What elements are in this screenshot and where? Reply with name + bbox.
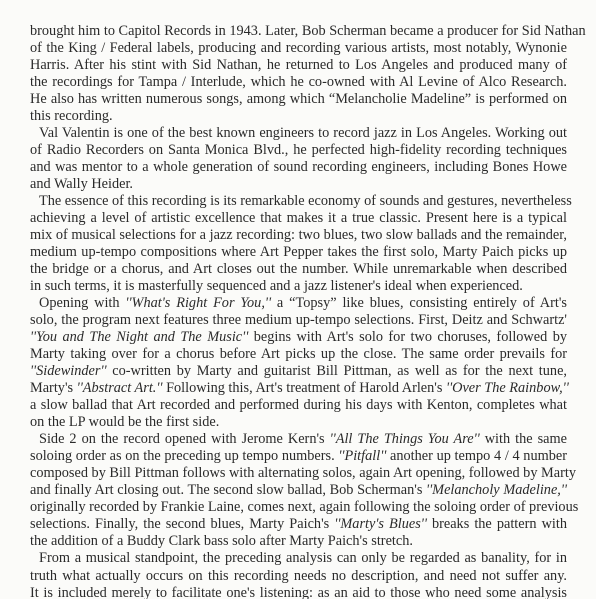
- text-run: selections. Finally, the second blues, M…: [30, 516, 334, 532]
- paragraph: Val Valentin is one of the best known en…: [30, 125, 567, 193]
- song-title: ''All The Things You Are'': [330, 431, 480, 447]
- text-run: Marty's: [30, 380, 77, 396]
- text-line: mix of musical selections for a jazz rec…: [30, 227, 567, 244]
- text-line: and was mentor to a whole generation of …: [30, 159, 567, 176]
- text-run: and finally Art closing out. The second …: [30, 482, 426, 498]
- song-title: ''Sidewinder'': [30, 363, 107, 379]
- song-title: ''Pitfall'': [338, 448, 386, 464]
- text-run: Opening with: [39, 295, 125, 311]
- text-run: co-written by Marty and guitarist Bill P…: [107, 363, 567, 379]
- text-run: composed by Bill Pittman follows with al…: [30, 465, 576, 481]
- text-line: truth what actually occurs on this recor…: [30, 568, 567, 585]
- text-line: of Radio Recorders on Santa Monica Blvd.…: [30, 142, 567, 159]
- text-line: achieving a level of artistic excellence…: [30, 210, 567, 227]
- text-run: the addition of a Buddy Clark bass solo …: [30, 533, 413, 549]
- text-line: the bridge or a chorus, and Art closes o…: [30, 261, 567, 278]
- song-title: ''What's Right For You,'': [125, 295, 271, 311]
- text-run: Following this, Art's treatment of Harol…: [163, 380, 447, 396]
- text-line: From a musical standpoint, the preceding…: [30, 550, 567, 567]
- text-line: in such terms, it is masterfully sequenc…: [30, 278, 567, 295]
- text-line: and finally Art closing out. The second …: [30, 482, 567, 499]
- text-run: a slow ballad that Art recorded and perf…: [30, 397, 567, 413]
- text-line: of the King / Federal labels, producing …: [30, 40, 567, 57]
- text-line: the addition of a Buddy Clark bass solo …: [30, 533, 567, 550]
- text-run: Marty taking over for a chorus before Ar…: [30, 346, 567, 362]
- text-run: originally recorded by Frankie Laine, co…: [30, 499, 578, 515]
- text-line: The essence of this recording is its rem…: [30, 193, 567, 210]
- text-run: a “Topsy” like blues, consisting entirel…: [271, 295, 567, 311]
- text-line: ''You and The Night and The Music'' begi…: [30, 329, 567, 346]
- text-line: a slow ballad that Art recorded and perf…: [30, 397, 567, 414]
- text-line: composed by Bill Pittman follows with al…: [30, 465, 567, 482]
- text-line: soloing order as on the preceding up tem…: [30, 448, 567, 465]
- text-line: the recordings for Tampa / Interlude, wh…: [30, 74, 567, 91]
- text-line: ''Sidewinder'' co-written by Marty and g…: [30, 363, 567, 380]
- text-line: Marty's ''Abstract Art.'' Following this…: [30, 380, 567, 397]
- song-title: ''Over The Rainbow,'': [446, 380, 569, 396]
- song-title: ''You and The Night and The Music'': [30, 329, 248, 345]
- paragraph: Opening with ''What's Right For You,'' a…: [30, 295, 567, 431]
- paragraph: From a musical standpoint, the preceding…: [30, 550, 567, 599]
- paragraph: The essence of this recording is its rem…: [30, 193, 567, 295]
- text-line: solo, the program next features three me…: [30, 312, 567, 329]
- song-title: ''Abstract Art.'': [77, 380, 163, 396]
- text-line: and Wally Heider.: [30, 176, 567, 193]
- liner-notes-page: brought him to Capitol Records in 1943. …: [30, 23, 567, 599]
- paragraph: brought him to Capitol Records in 1943. …: [30, 23, 567, 125]
- text-run: breaks the pattern with: [427, 516, 567, 532]
- text-line: originally recorded by Frankie Laine, co…: [30, 499, 567, 516]
- text-line: Opening with ''What's Right For You,'' a…: [30, 295, 567, 312]
- text-line: Val Valentin is one of the best known en…: [30, 125, 567, 142]
- text-line: Harris. After his stint with Sid Nathan,…: [30, 57, 567, 74]
- text-line: He also has written numerous songs, amon…: [30, 91, 567, 108]
- song-title: ''Melancholy Madeline,'': [426, 482, 567, 498]
- text-run: begins with Art's solo for two choruses,…: [248, 329, 567, 345]
- text-run: on the LP would be the first side.: [30, 414, 219, 430]
- text-line: It is included merely to facilitate one'…: [30, 585, 567, 599]
- text-run: with the same: [480, 431, 567, 447]
- song-title: ''Marty's Blues'': [334, 516, 427, 532]
- paragraph: Side 2 on the record opened with Jerome …: [30, 431, 567, 550]
- text-run: solo, the program next features three me…: [30, 312, 567, 328]
- text-line: selections. Finally, the second blues, M…: [30, 516, 567, 533]
- text-run: Side 2 on the record opened with Jerome …: [39, 431, 330, 447]
- text-line: this recording.: [30, 108, 567, 125]
- text-line: Marty taking over for a chorus before Ar…: [30, 346, 567, 363]
- text-line: brought him to Capitol Records in 1943. …: [30, 23, 567, 40]
- text-run: another up tempo 4 / 4 number: [386, 448, 567, 464]
- text-line: medium up-tempo compositions where Art P…: [30, 244, 567, 261]
- text-run: soloing order as on the preceding up tem…: [30, 448, 338, 464]
- text-line: Side 2 on the record opened with Jerome …: [30, 431, 567, 448]
- text-line: on the LP would be the first side.: [30, 414, 567, 431]
